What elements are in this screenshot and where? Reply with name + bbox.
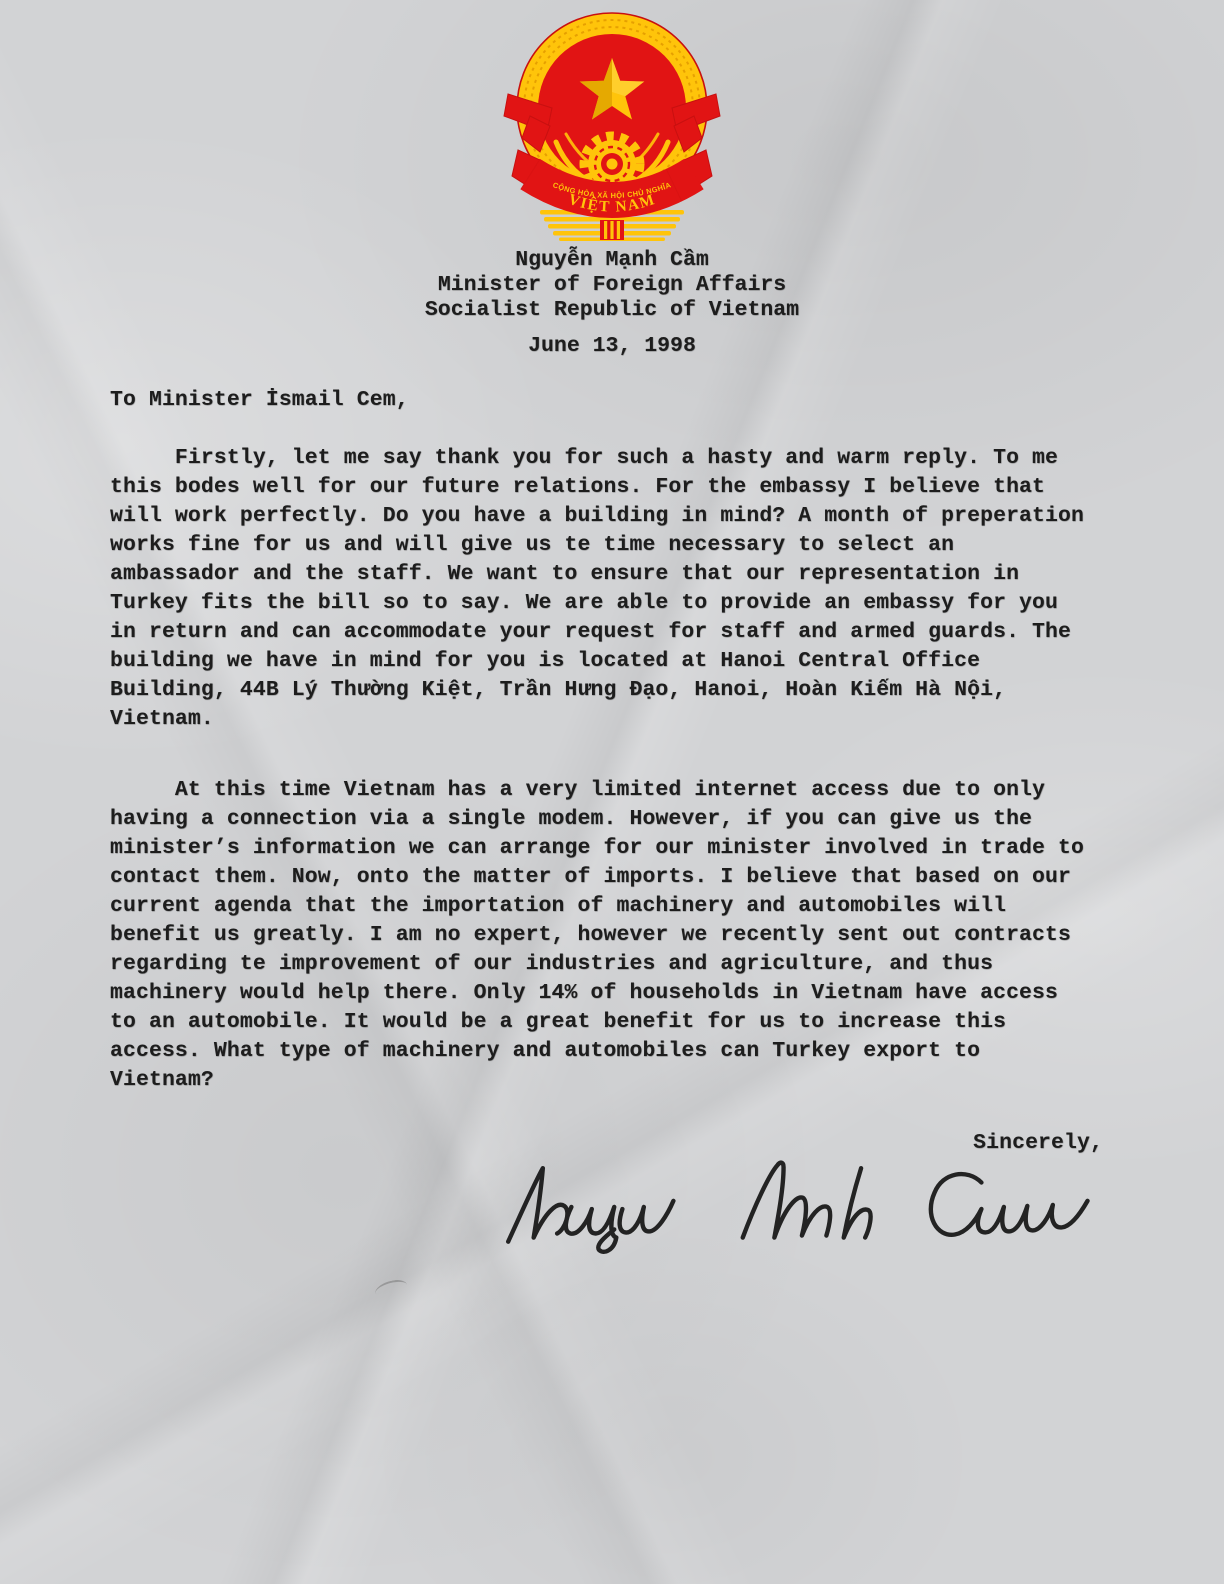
paragraph-2: At this time Vietnam has a very limited … xyxy=(110,776,1224,1095)
closing: Sincerely, xyxy=(0,1129,1224,1158)
salutation: To Minister İsmail Cem, xyxy=(110,386,1224,415)
signature-image xyxy=(500,1160,1112,1256)
letterhead: Nguyễn Mạnh Cầm Minister of Foreign Affa… xyxy=(0,248,1224,323)
signature-block xyxy=(0,1160,1224,1261)
letter-page: CỘNG HÒA XÃ HỘI CHỦ NGHĨA VIỆT NAM Nguyễ… xyxy=(0,0,1224,1584)
paragraph-1: Firstly, let me say thank you for such a… xyxy=(110,444,1224,734)
letter-date: June 13, 1998 xyxy=(0,334,1224,359)
sender-country: Socialist Republic of Vietnam xyxy=(0,298,1224,323)
sender-name: Nguyễn Mạnh Cầm xyxy=(0,248,1224,273)
sender-title: Minister of Foreign Affairs xyxy=(0,273,1224,298)
paper-crease-mark xyxy=(373,1278,407,1294)
vietnam-national-emblem-icon: CỘNG HÒA XÃ HỘI CHỦ NGHĨA VIỆT NAM xyxy=(496,6,728,242)
